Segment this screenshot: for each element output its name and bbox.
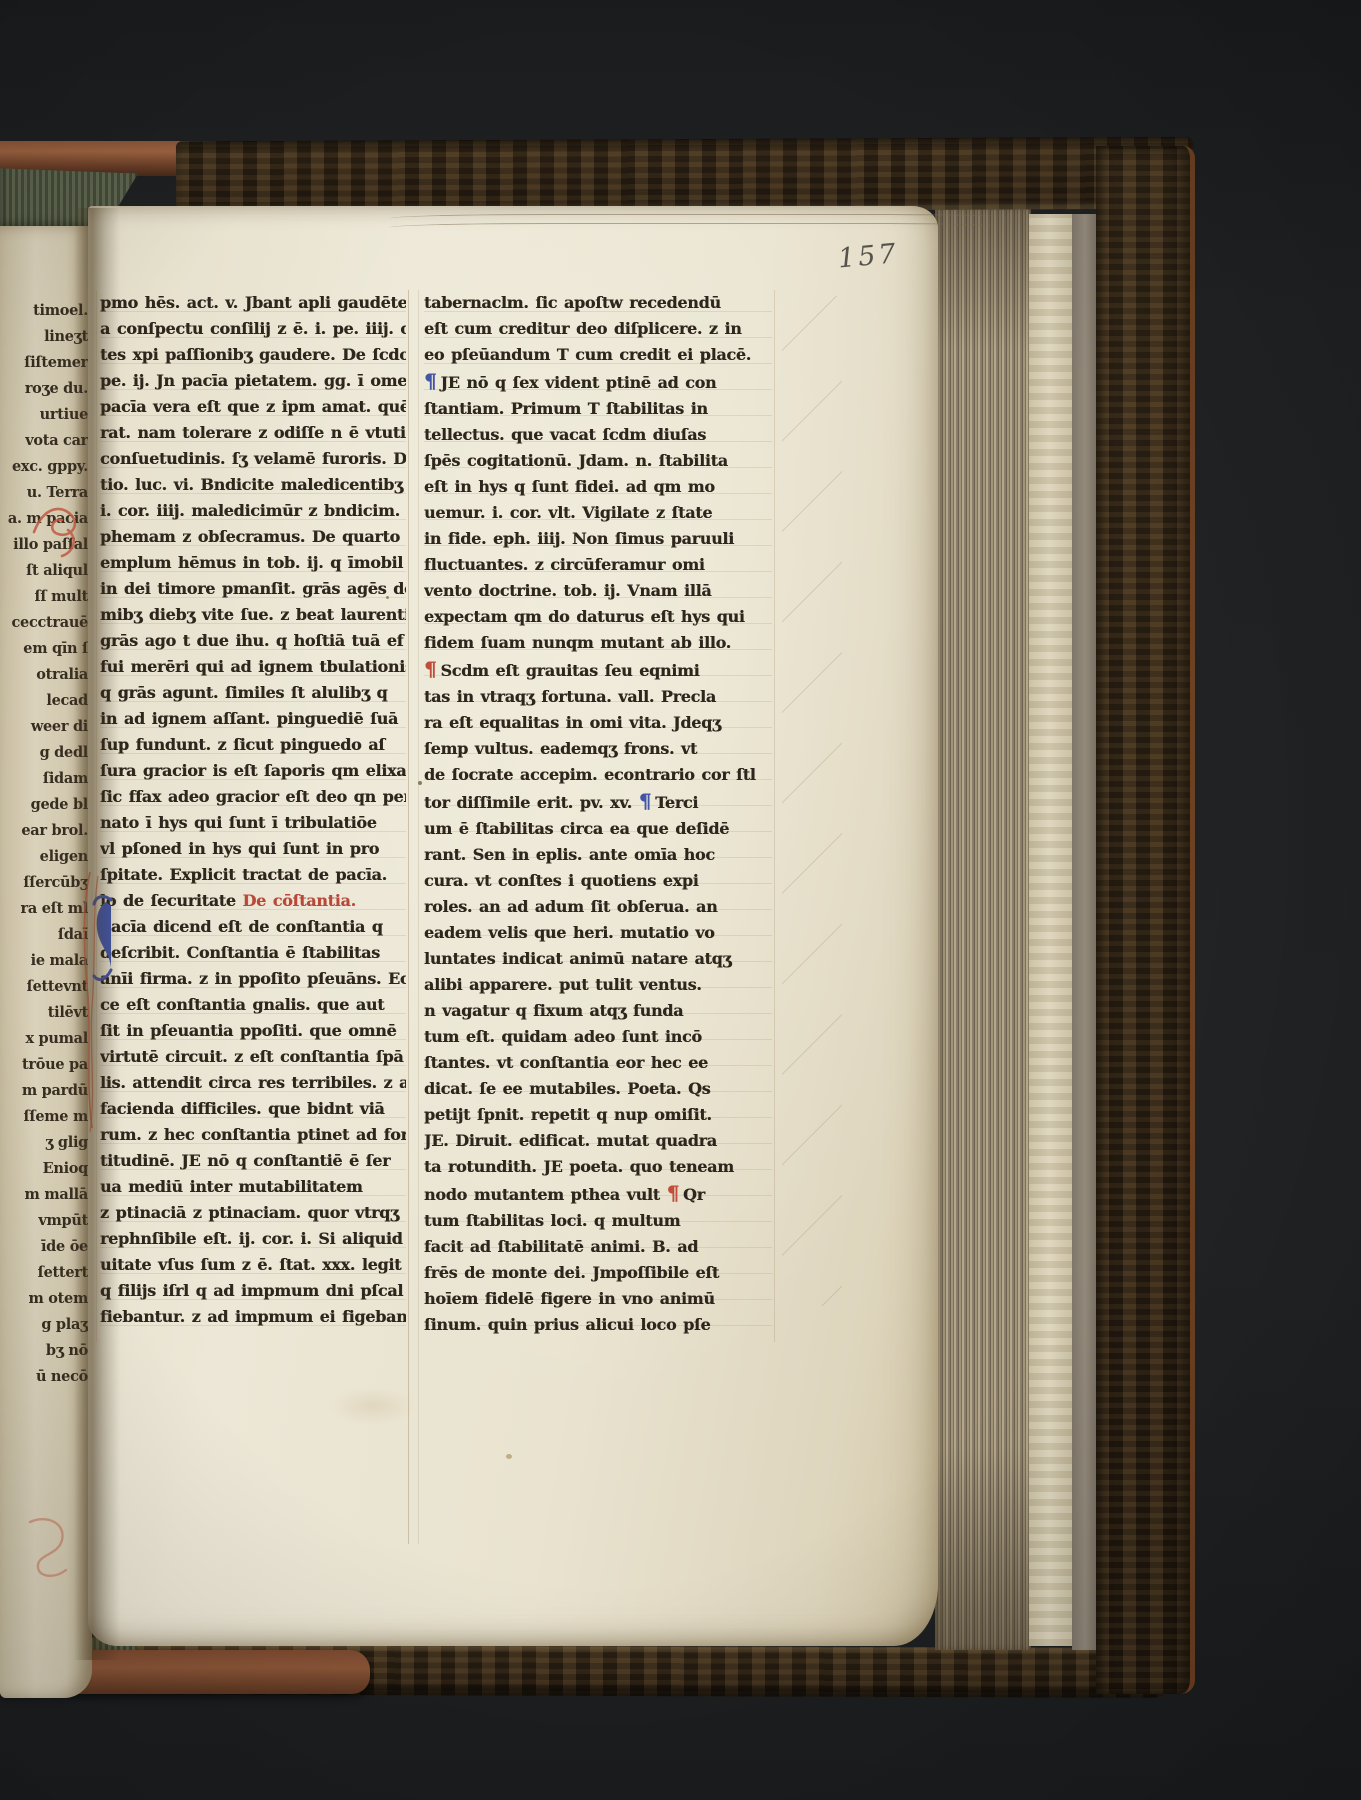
facing-text-fragment: exc. gppy. — [2, 454, 88, 480]
text-line: vl pſoned in hys qui ſunt in pro — [100, 836, 406, 862]
leather-cover-right — [1096, 146, 1195, 1694]
body-text: q grās agunt. ſimiles ſt alulibʒ q — [100, 683, 387, 702]
text-line: expectam qm do daturus eſt hys qui — [424, 604, 772, 630]
text-line: nodo mutantem pthea vult ¶Qr — [424, 1180, 772, 1208]
body-text: ra eſt equalitas in omi vita. Jdeqʒ — [424, 713, 721, 732]
body-text: ſic ffax adeo gracior eſt deo qn perſo — [100, 787, 406, 806]
facing-text-fragment: ū necō — [2, 1364, 88, 1390]
text-line: mibʒ diebʒ vite ſue. z beat laurentij. — [100, 602, 406, 628]
text-line: in fide. eph. iiij. Non ſimus paruuli — [424, 526, 772, 552]
facing-text-fragment: vmpūt — [2, 1208, 88, 1234]
fore-edge-page-stack — [935, 208, 1031, 1650]
facing-text-fragment: weer di — [2, 714, 88, 740]
text-line: fluctuantes. z circūferamur omi — [424, 552, 772, 578]
body-text: eſt cum creditur deo diſplicere. z in — [424, 319, 742, 338]
column-rule-left — [96, 290, 97, 1342]
column-rule-center — [408, 290, 409, 1544]
body-text: deſcribit. Conſtantia ē ſtabilitas — [100, 943, 380, 962]
text-line: nato ī hys qui ſunt ī tribulatiōe — [100, 810, 406, 836]
body-text: ſtantes. vt conſtantia eor hec ee — [424, 1053, 708, 1072]
body-text: JE. Diruit. edificat. mutat quadra — [424, 1131, 717, 1150]
facing-text-fragment: roʒe du. — [2, 376, 88, 402]
text-line: cura. vt conſtes i quotiens expi — [424, 868, 772, 894]
text-line: pe. ij. Jn pacīa pietatem. gg. ī omel. — [100, 368, 406, 394]
body-text: um ē ſtabilitas circa ea que deſidē — [424, 819, 729, 838]
text-line: fiebantur. z ad impmum ei figebant — [100, 1304, 406, 1330]
text-line: alibi apparere. put tulit ventus. — [424, 972, 772, 998]
text-line: i. cor. iiij. maledicimūr z bndicim. bla… — [100, 498, 406, 524]
capitulum-mark: ¶ — [639, 789, 651, 813]
text-line: conſuetudinis. ſʒ velamē furoris. De — [100, 446, 406, 472]
facing-text-fragment: em qīn ſ — [2, 636, 88, 662]
text-line: eſt cum creditur deo diſplicere. z in — [424, 316, 772, 342]
text-line: JE. Diruit. edificat. mutat quadra — [424, 1128, 772, 1154]
board-edge — [1029, 214, 1074, 1646]
parchment-discoloration — [328, 1386, 418, 1426]
column-rule-center-2 — [418, 290, 419, 1544]
text-line: fui merēri qui ad ignem tbulationis — [100, 654, 406, 680]
text-line: um ē ſtabilitas circa ea que deſidē — [424, 816, 772, 842]
body-text: pmo hēs. act. v. Jbant apli gaudētes — [100, 293, 406, 312]
text-line: emplum hēmus in tob. ij. q īmobil — [100, 550, 406, 576]
facing-text-fragment: m mallā — [2, 1182, 88, 1208]
text-line: deſcribit. Conſtantia ē ſtabilitas — [100, 940, 406, 966]
text-line: roles. an ad adum ſit obſerua. an — [424, 894, 772, 920]
rubric-text: De cōſtantia. — [243, 891, 356, 910]
body-text: facit ad ſtabilitatē animi. B. ad — [424, 1237, 698, 1256]
text-line: phemam z obſecramus. De quarto ex — [100, 524, 406, 550]
facing-text-fragment: bʒ nō — [2, 1338, 88, 1364]
body-text: rat. nam tolerare z odiſſe n ē vtuti — [100, 423, 406, 442]
body-text: tum ſtabilitas loci. q multum — [424, 1211, 680, 1230]
body-text: ſtantiam. Primum T ſtabilitas in — [424, 399, 708, 418]
facing-text-fragment: cecctrauē — [2, 610, 88, 636]
text-line: q grās agunt. ſimiles ſt alulibʒ q — [100, 680, 406, 706]
body-text: z ptinaciā z ptinaciam. quor vtrqʒ — [100, 1203, 399, 1222]
text-line: pacīa vera eſt que z ipm amat. quē — [100, 394, 406, 420]
text-line: a conſpectu conſilij z ē. i. pe. iiij. c… — [100, 316, 406, 342]
body-text: tio. luc. vi. Bndicite maledicentibʒ z — [100, 475, 406, 494]
text-line: facienda difficiles. que bidnt viā — [100, 1096, 406, 1122]
penwork-flourish-gutter-lower — [22, 1510, 76, 1582]
body-text: vento doctrine. tob. ij. Vnam illā — [424, 581, 711, 600]
body-text: conſuetudinis. ſʒ velamē furoris. De — [100, 449, 406, 468]
facing-text-fragment: timoel. — [2, 298, 88, 324]
penwork-flourish-gutter — [28, 496, 90, 562]
body-text: ſemp vultus. eademqʒ frons. vt — [424, 739, 697, 758]
body-text: i. cor. iiij. maledicimūr z bndicim. bla… — [100, 501, 406, 520]
text-line: lo de ſecuritate De cōſtantia. — [100, 888, 406, 914]
text-line: ua mediū inter mutabilitatem — [100, 1174, 406, 1200]
text-line: frēs de monte dei. Jmpoſſibile eſt — [424, 1260, 772, 1286]
text-line: tio. luc. vi. Bndicite maledicentibʒ z — [100, 472, 406, 498]
body-text: virtutē circuit. z eſt conſtantia ſpā — [100, 1047, 403, 1066]
text-line: in ad ignem aſſant. pinguediē ſuā — [100, 706, 406, 732]
facing-text-fragment: gede bl — [2, 792, 88, 818]
decorated-initial — [76, 866, 118, 1136]
text-line: pmo hēs. act. v. Jbant apli gaudētes — [100, 290, 406, 316]
body-text: luntates indicat animū natare atqʒ — [424, 949, 731, 968]
body-text: expectam qm do daturus eſt hys qui — [424, 607, 745, 626]
text-line: rephnſibile eſt. ij. cor. i. Si aliquid … — [100, 1226, 406, 1252]
text-line: ce eſt conſtantia gnalis. que aut — [100, 992, 406, 1018]
text-line: rat. nam tolerare z odiſſe n ē vtuti — [100, 420, 406, 446]
body-text: cura. vt conſtes i quotiens expi — [424, 871, 699, 890]
body-text: nodo mutantem pthea vult — [424, 1185, 667, 1204]
facing-text-fragment: lecad — [2, 688, 88, 714]
body-text: emplum hēmus in tob. ij. q īmobil — [100, 553, 403, 572]
body-text: n vagatur q fixum atqʒ funda — [424, 1001, 683, 1020]
body-text: ce eſt conſtantia gnalis. que aut — [100, 995, 384, 1014]
body-text: ta rotundith. JE poeta. quo teneam — [424, 1157, 734, 1176]
text-line: luntates indicat animū natare atqʒ — [424, 946, 772, 972]
text-line: ſit in pſeuantia ppoſiti. que omnē — [100, 1018, 406, 1044]
body-text: fidem ſuam nunqm mutant ab illo. — [424, 633, 731, 652]
text-line: rum. z hec conſtantia ptinet ad for — [100, 1122, 406, 1148]
facing-text-fragment: vota car — [2, 428, 88, 454]
facing-text-fragment: lineʒt — [2, 324, 88, 350]
body-text: dicat. ſe ee mutabiles. Poeta. Qs — [424, 1079, 710, 1098]
text-line: tes xpi paſſionibʒ gaudere. De ſcdo. — [100, 342, 406, 368]
body-text: tes xpi paſſionibʒ gaudere. De ſcdo. — [100, 345, 406, 364]
text-line: anīi firma. z in ppoſito pſeuāns. Ec — [100, 966, 406, 992]
text-line: eo pſeūandum T cum credit ei placē. — [424, 342, 772, 368]
text-line: ſic ffax adeo gracior eſt deo qn perſo — [100, 784, 406, 810]
board-edge-shadow — [1072, 214, 1098, 1650]
margin-catch-strokes — [782, 296, 842, 1306]
body-text: eadem velis que heri. mutatio vo — [424, 923, 715, 942]
body-text: uemur. i. cor. vlt. Vigilate z ſtate — [424, 503, 712, 522]
body-text: phemam z obſecramus. De quarto ex — [100, 527, 406, 546]
text-line: uitate vſus ſum z ē. ſtat. xxx. legit — [100, 1252, 406, 1278]
body-text: de ſocrate accepim. econtrario cor ſtl — [424, 765, 756, 784]
body-text: uitate vſus ſum z ē. ſtat. xxx. legit — [100, 1255, 401, 1274]
body-text: ſinum. quin prius alicui loco pſe — [424, 1315, 710, 1334]
column-rule-right — [774, 290, 775, 1342]
text-line: ¶JE nō q ſex vident ptinē ad con — [424, 368, 772, 396]
text-line: q filijs iſrl q ad impmum dni pſcal — [100, 1278, 406, 1304]
facing-page-text: timoel.lineʒtſiſtemerroʒe du.urtiuevota … — [2, 298, 88, 1390]
facing-text-fragment: ear brol. — [2, 818, 88, 844]
text-line: tum eſt. quidam adeo ſunt incō — [424, 1024, 772, 1050]
text-line: hoīem fidelē figere in vno animū — [424, 1286, 772, 1312]
body-text: grās ago t due ihu. q hoſtiā tuā ef — [100, 631, 403, 650]
body-text: nato ī hys qui ſunt ī tribulatiōe — [100, 813, 377, 832]
text-line: eadem velis que heri. mutatio vo — [424, 920, 772, 946]
facing-text-fragment: ſidam — [2, 766, 88, 792]
body-text: petijt ſpnit. repetit q nup omiſit. — [424, 1105, 712, 1124]
body-text: eſt in hys q ſunt fidei. ad qm mo — [424, 477, 715, 496]
text-line: ſtantiam. Primum T ſtabilitas in — [424, 396, 772, 422]
body-text: pacīa dicend eſt de conſtantia q — [100, 917, 383, 936]
parchment-stain — [506, 1454, 512, 1459]
body-text: mibʒ diebʒ vite ſue. z beat laurentij. — [100, 605, 406, 624]
text-line: virtutē circuit. z eſt conſtantia ſpā — [100, 1044, 406, 1070]
body-text: ſit in pſeuantia ppoſiti. que omnē — [100, 1021, 396, 1040]
body-text: Terci — [655, 793, 698, 812]
capitulum-mark: ¶ — [667, 1181, 679, 1205]
body-text: pe. ij. Jn pacīa pietatem. gg. ī omel. — [100, 371, 406, 390]
body-text: q filijs iſrl q ad impmum dni pſcal — [100, 1281, 403, 1300]
text-line: tas in vtraqʒ fortuna. vall. Precla — [424, 684, 772, 710]
text-line: n vagatur q fixum atqʒ funda — [424, 998, 772, 1024]
body-text: in fide. eph. iiij. Non ſimus paruuli — [424, 529, 734, 548]
text-line: ſtantes. vt conſtantia eor hec ee — [424, 1050, 772, 1076]
body-text: rant. Sen in eplis. ante omīa hoc — [424, 845, 715, 864]
text-line: z ptinaciā z ptinaciam. quor vtrqʒ — [100, 1200, 406, 1226]
text-line: pacīa dicend eſt de conſtantia q — [100, 914, 406, 940]
text-line: ſinum. quin prius alicui loco pſe — [424, 1312, 772, 1338]
text-line: dicat. ſe ee mutabiles. Poeta. Qs — [424, 1076, 772, 1102]
parchment-stain — [386, 596, 389, 599]
body-text: pacīa vera eſt que z ipm amat. quē — [100, 397, 406, 416]
text-line: facit ad ſtabilitatē animi. B. ad — [424, 1234, 772, 1260]
text-line: titudinē. JE nō q conſtantiē ē ſer — [100, 1148, 406, 1174]
body-text: roles. an ad adum ſit obſerua. an — [424, 897, 717, 916]
facing-text-fragment: g plaʒ — [2, 1312, 88, 1338]
body-text: facienda difficiles. que bidnt viā — [100, 1099, 385, 1118]
body-text: tor diſſimile erit. pv. xv. — [424, 793, 639, 812]
leather-cover-top — [176, 137, 1194, 213]
facing-text-fragment: ſſ mult — [2, 584, 88, 610]
text-line: ta rotundith. JE poeta. quo teneam — [424, 1154, 772, 1180]
text-line: ra eſt equalitas in omi vita. Jdeqʒ — [424, 710, 772, 736]
body-text: Scdm eſt grauitas ſeu eqnimi — [440, 661, 699, 680]
body-text: lis. attendit circa res terribiles. z ad — [100, 1073, 406, 1092]
body-text: lo de ſecuritate — [100, 891, 243, 910]
body-text: a conſpectu conſilij z ē. i. pe. iiij. c… — [100, 319, 406, 338]
body-text: anīi firma. z in ppoſito pſeuāns. Ec — [100, 969, 406, 988]
capitulum-mark: ¶ — [424, 657, 436, 681]
text-line: eſt in hys q ſunt fidei. ad qm mo — [424, 474, 772, 500]
folio-number: 157 — [837, 237, 919, 275]
body-text: tas in vtraqʒ fortuna. vall. Precla — [424, 687, 716, 706]
body-text: ſpēs cogitationū. Jdam. n. ſtabilita — [424, 451, 728, 470]
facing-text-fragment: urtiue — [2, 402, 88, 428]
body-text: ſup fundunt. z ſicut pinguedo aſ — [100, 735, 385, 754]
text-line: ſemp vultus. eademqʒ frons. vt — [424, 736, 772, 762]
body-text: eo pſeūandum T cum credit ei placē. — [424, 345, 751, 364]
facing-text-fragment: ſiſtemer — [2, 350, 88, 376]
capitulum-mark: ¶ — [424, 369, 436, 393]
body-text: fiebantur. z ad impmum ei figebant — [100, 1307, 406, 1326]
body-text: rum. z hec conſtantia ptinet ad for — [100, 1125, 406, 1144]
body-text: Qr — [683, 1185, 705, 1204]
text-line: ſup fundunt. z ſicut pinguedo aſ — [100, 732, 406, 758]
text-column-left: pmo hēs. act. v. Jbant apli gaudētesa co… — [100, 290, 406, 1336]
text-line: petijt ſpnit. repetit q nup omiſit. — [424, 1102, 772, 1128]
body-text: ua mediū inter mutabilitatem — [100, 1177, 363, 1196]
manuscript-page: 157 pmo hēs. act. v. Jbant apli gaudētes… — [88, 206, 938, 1646]
body-text: hoīem fidelē figere in vno animū — [424, 1289, 715, 1308]
body-text: tabernaclm. ſic apoſtw recedendū — [424, 293, 721, 312]
body-text: vl pſoned in hys qui ſunt in pro — [100, 839, 379, 858]
facing-text-fragment: otralia — [2, 662, 88, 688]
body-text: in ad ignem aſſant. pinguediē ſuā — [100, 709, 398, 728]
body-text: alibi apparere. put tulit ventus. — [424, 975, 702, 994]
body-text: titudinē. JE nō q conſtantiē ē ſer — [100, 1151, 390, 1170]
facing-text-fragment: īde ōe — [2, 1234, 88, 1260]
body-text: tum eſt. quidam adeo ſunt incō — [424, 1027, 702, 1046]
text-line: tor diſſimile erit. pv. xv. ¶Terci — [424, 788, 772, 816]
body-text: fui merēri qui ad ignem tbulationis — [100, 657, 406, 676]
text-line: fidem ſuam nunqm mutant ab illo. — [424, 630, 772, 656]
text-line: rant. Sen in eplis. ante omīa hoc — [424, 842, 772, 868]
facing-text-fragment: ſettert — [2, 1260, 88, 1286]
facing-text-fragment: Enioq — [2, 1156, 88, 1182]
facing-text-fragment: m otem — [2, 1286, 88, 1312]
text-line: grās ago t due ihu. q hoſtiā tuā ef — [100, 628, 406, 654]
body-text: ſura gracior is eſt ſaporis qm elixa. — [100, 761, 406, 780]
text-line: in dei timore pmanſit. grās agēs dō — [100, 576, 406, 602]
text-line: ¶Scdm eſt grauitas ſeu eqnimi — [424, 656, 772, 684]
body-text: tellectus. que vacat ſcdm diuſas — [424, 425, 706, 444]
text-line: ſpēs cogitationū. Jdam. n. ſtabilita — [424, 448, 772, 474]
facing-text-fragment: g dedl — [2, 740, 88, 766]
text-line: tum ſtabilitas loci. q multum — [424, 1208, 772, 1234]
text-line: tabernaclm. ſic apoſtw recedendū — [424, 290, 772, 316]
body-text: frēs de monte dei. Jmpoſſibile eſt — [424, 1263, 719, 1282]
text-line: de ſocrate accepim. econtrario cor ſtl — [424, 762, 772, 788]
body-text: fluctuantes. z circūferamur omi — [424, 555, 705, 574]
text-line: tellectus. que vacat ſcdm diuſas — [424, 422, 772, 448]
manuscript-photo: timoel.lineʒtſiſtemerroʒe du.urtiuevota … — [0, 0, 1361, 1800]
text-column-right: tabernaclm. ſic apoſtw recedendūeſt cum … — [424, 290, 772, 1336]
text-line: lis. attendit circa res terribiles. z ad — [100, 1070, 406, 1096]
body-text: rephnſibile eſt. ij. cor. i. Si aliquid … — [100, 1229, 406, 1248]
body-text: JE nō q ſex vident ptinē ad con — [440, 373, 716, 392]
body-text: in dei timore pmanſit. grās agēs dō — [100, 579, 406, 598]
text-line: ſpitate. Explicit tractat de pacīa. — [100, 862, 406, 888]
text-line: uemur. i. cor. vlt. Vigilate z ſtate — [424, 500, 772, 526]
text-line: ſura gracior is eſt ſaporis qm elixa. — [100, 758, 406, 784]
text-line: vento doctrine. tob. ij. Vnam illā — [424, 578, 772, 604]
body-text: ſpitate. Explicit tractat de pacīa. — [100, 865, 387, 884]
